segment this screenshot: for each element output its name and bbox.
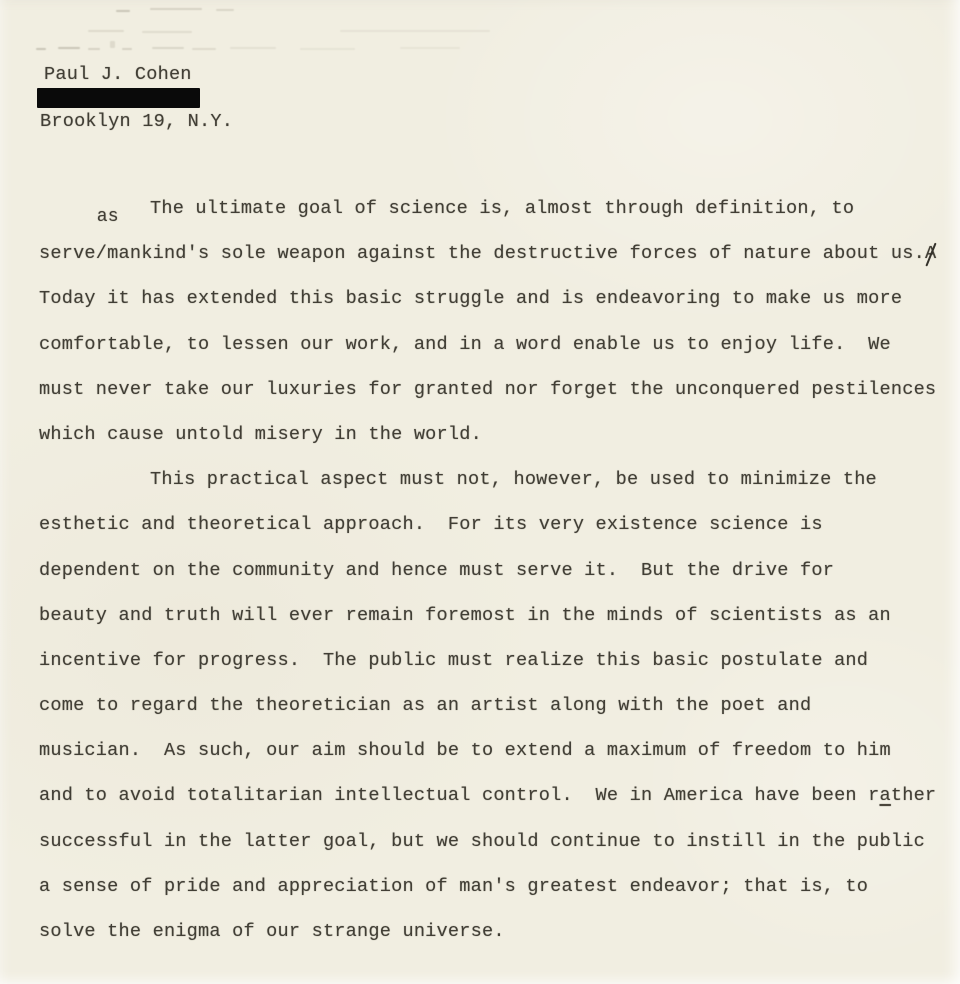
typed-line: solve the enigma of our strange universe… xyxy=(39,909,944,954)
insertion-slash: as/ xyxy=(96,231,107,276)
letter-body: The ultimate goal of science is, almost … xyxy=(39,186,944,954)
author-name: Paul J. Cohen xyxy=(44,64,192,85)
line-rest: mankind's sole weapon against the destru… xyxy=(107,243,925,264)
typed-line: This practical aspect must not, however,… xyxy=(39,457,944,502)
redaction-bar xyxy=(37,88,200,108)
struck-out-char: A xyxy=(925,231,936,276)
typed-line: which cause untold misery in the world. xyxy=(39,412,944,457)
typed-line: esthetic and theoretical approach. For i… xyxy=(39,502,944,547)
typed-line-with-underline: and to avoid totalitarian intellectual c… xyxy=(39,773,944,818)
word-before-slash: serve xyxy=(39,243,96,264)
typed-line: comfortable, to lessen our work, and in … xyxy=(39,322,944,367)
address-line: Brooklyn 19, N.Y. xyxy=(40,111,233,132)
inserted-word: as xyxy=(97,208,119,226)
typed-line: must never take our luxuries for granted… xyxy=(39,367,944,412)
typed-line: The ultimate goal of science is, almost … xyxy=(39,186,944,231)
typed-line: a sense of pride and appreciation of man… xyxy=(39,864,944,909)
typed-line: Today it has extended this basic struggl… xyxy=(39,276,944,321)
underlined-char: a xyxy=(880,785,891,806)
typed-line: successful in the latter goal, but we sh… xyxy=(39,819,944,864)
slash-char: / xyxy=(96,243,107,264)
typed-line: come to regard the theoretician as an ar… xyxy=(39,683,944,728)
typed-line: incentive for progress. The public must … xyxy=(39,638,944,683)
typed-line: beauty and truth will ever remain foremo… xyxy=(39,593,944,638)
line-prefix: and to avoid totalitarian intellectual c… xyxy=(39,785,880,806)
line-suffix: ther xyxy=(891,785,936,806)
document-page: Paul J. Cohen Brooklyn 19, N.Y. The ulti… xyxy=(0,0,960,984)
typed-line-with-insertion: serveas/mankind's sole weapon against th… xyxy=(39,231,944,276)
typed-line: musician. As such, our aim should be to … xyxy=(39,728,944,773)
typed-line: dependent on the community and hence mus… xyxy=(39,548,944,593)
